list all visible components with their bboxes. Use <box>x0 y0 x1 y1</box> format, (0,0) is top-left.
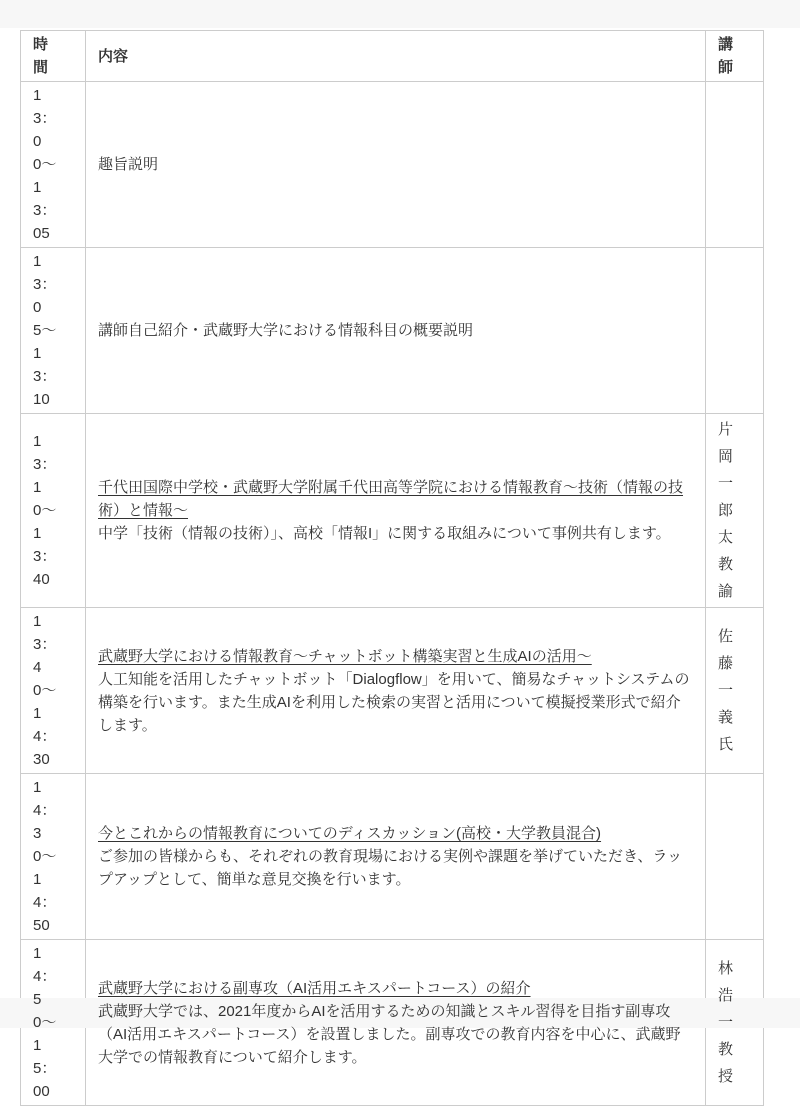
content-cell: 今とこれからの情報教育についてのディスカッション(高校・大学教員混合) ご参加の… <box>86 774 706 940</box>
column-header-time-label: 時間 <box>33 33 61 79</box>
time-range: 14：30〜14：50 <box>33 776 61 937</box>
session-description: ご参加の皆様からも、それぞれの教育現場における実例や課題を挙げていただき、ラップ… <box>98 845 693 891</box>
session-row: 13：05〜13：10 講師自己紹介・武蔵野大学における情報科目の概要説明 <box>21 248 764 414</box>
header-row: 時間 内容 講師 <box>21 31 764 82</box>
schedule-table: 時間 内容 講師 13：00〜13：05 趣旨説明 <box>20 30 764 1106</box>
session-description: 趣旨説明 <box>98 153 693 176</box>
time-cell: 13：10〜13：40 <box>21 414 86 608</box>
session-row: 13：40〜14：30 武蔵野大学における情報教育〜チャットボット構築実習と生成… <box>21 608 764 774</box>
lecturer-name: 佐藤一義氏 <box>718 623 738 758</box>
lecturer-cell: 佐藤一義氏 <box>706 608 764 774</box>
time-cell: 13：40〜14：30 <box>21 608 86 774</box>
time-range: 13：10〜13：40 <box>33 430 61 591</box>
time-cell: 13：00〜13：05 <box>21 82 86 248</box>
time-range: 13：40〜14：30 <box>33 610 61 771</box>
content-area: 時間 内容 講師 13：00〜13：05 趣旨説明 <box>0 28 800 998</box>
time-range: 13：05〜13：10 <box>33 250 61 411</box>
lecturer-name: 片岡一郎太教諭 <box>718 416 738 605</box>
lecturer-cell <box>706 248 764 414</box>
content-cell: 千代田国際中学校・武蔵野大学附属千代田高等学院における情報教育〜技術（情報の技術… <box>86 414 706 608</box>
session-row: 13：10〜13：40 千代田国際中学校・武蔵野大学附属千代田高等学院における情… <box>21 414 764 608</box>
session-description: 中学「技術（情報の技術）」、高校「情報I」に関する取組みについて事例共有します。 <box>98 522 693 545</box>
content-cell: 武蔵野大学における情報教育〜チャットボット構築実習と生成AIの活用〜 人工知能を… <box>86 608 706 774</box>
session-row: 14：30〜14：50 今とこれからの情報教育についてのディスカッション(高校・… <box>21 774 764 940</box>
lecturer-cell <box>706 774 764 940</box>
lecturer-cell <box>706 82 764 248</box>
session-row: 14：50〜15：00 武蔵野大学における副専攻（AI活用エキスパートコース）の… <box>21 940 764 1106</box>
column-header-time: 時間 <box>21 31 86 82</box>
session-description: 人工知能を活用したチャットボット「Dialogflow」を用いて、簡易なチャット… <box>98 668 693 737</box>
column-header-lecturer: 講師 <box>706 31 764 82</box>
session-title-link[interactable]: 武蔵野大学における副専攻（AI活用エキスパートコース）の紹介 <box>98 977 693 1000</box>
content-cell: 趣旨説明 <box>86 82 706 248</box>
time-cell: 14：30〜14：50 <box>21 774 86 940</box>
session-title-link[interactable]: 千代田国際中学校・武蔵野大学附属千代田高等学院における情報教育〜技術（情報の技術… <box>98 476 693 522</box>
time-cell: 13：05〜13：10 <box>21 248 86 414</box>
content-cell: 講師自己紹介・武蔵野大学における情報科目の概要説明 <box>86 248 706 414</box>
session-row: 13：00〜13：05 趣旨説明 <box>21 82 764 248</box>
session-title-link[interactable]: 武蔵野大学における情報教育〜チャットボット構築実習と生成AIの活用〜 <box>98 645 693 668</box>
content-cell: 武蔵野大学における副専攻（AI活用エキスパートコース）の紹介 武蔵野大学では、2… <box>86 940 706 1106</box>
column-header-content: 内容 <box>86 31 706 82</box>
session-description: 講師自己紹介・武蔵野大学における情報科目の概要説明 <box>98 319 693 342</box>
session-title-link[interactable]: 今とこれからの情報教育についてのディスカッション(高校・大学教員混合) <box>98 822 693 845</box>
column-header-content-label: 内容 <box>98 45 693 68</box>
lecturer-cell: 片岡一郎太教諭 <box>706 414 764 608</box>
column-header-lecturer-label: 講師 <box>718 33 738 79</box>
session-description: 武蔵野大学では、2021年度からAIを活用するための知識とスキル習得を目指す副専… <box>98 1000 693 1069</box>
time-range: 13：00〜13：05 <box>33 84 61 245</box>
page-top-band <box>0 0 800 28</box>
